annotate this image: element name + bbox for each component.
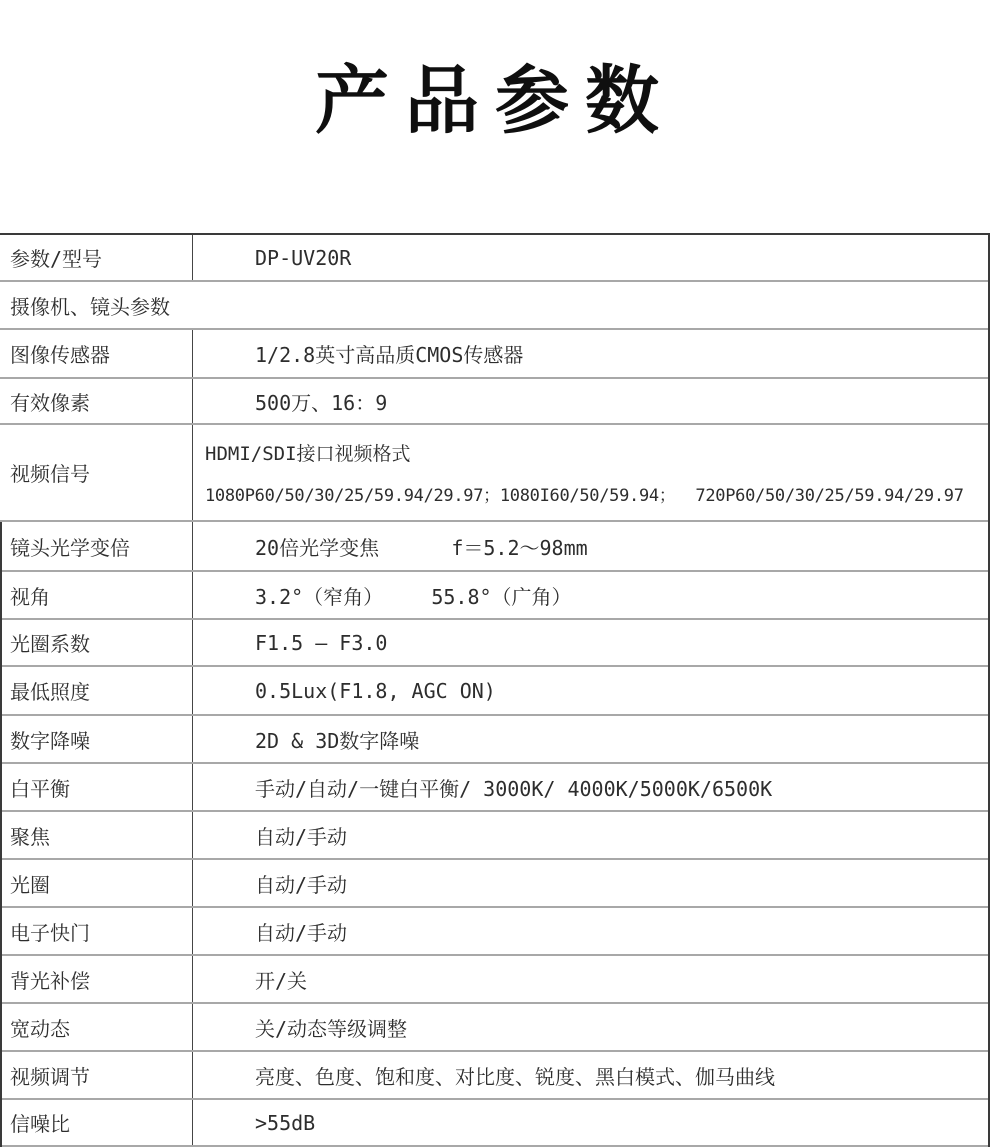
section-header: 摄像机、镜头参数	[0, 282, 988, 328]
table-row-focus: 聚焦 自动/手动	[0, 812, 988, 860]
spec-label: 聚焦	[0, 812, 193, 858]
table-row-wdr: 宽动态 关/动态等级调整	[0, 1004, 988, 1052]
spec-value: 开/关	[193, 956, 988, 1002]
table-row-shutter: 电子快门 自动/手动	[0, 908, 988, 956]
table-row-aperture-f: 光圈系数 F1.5 – F3.0	[0, 620, 988, 667]
spec-label: 电子快门	[0, 908, 193, 954]
table-row-sensor: 图像传感器 1/2.8英寸高品质CMOS传感器	[0, 330, 988, 379]
spec-value: HDMI/SDI接口视频格式 1080P60/50/30/25/59.94/29…	[193, 425, 988, 520]
table-row-backlight: 背光补偿 开/关	[0, 956, 988, 1004]
spec-label: 有效像素	[0, 379, 193, 423]
spec-label: 视角	[0, 572, 193, 618]
spec-value: 3.2°（窄角） 55.8°（广角）	[193, 572, 988, 618]
spec-label: 光圈系数	[0, 620, 193, 665]
spec-table: 参数/型号 DP-UV20R 摄像机、镜头参数 图像传感器 1/2.8英寸高品质…	[0, 233, 990, 1147]
spec-value: 亮度、色度、饱和度、对比度、锐度、黑白模式、伽马曲线	[193, 1052, 988, 1098]
table-row-view-angle: 视角 3.2°（窄角） 55.8°（广角）	[0, 572, 988, 620]
spec-label: 最低照度	[0, 667, 193, 714]
spec-label: 数字降噪	[0, 716, 193, 762]
table-row-iris: 光圈 自动/手动	[0, 860, 988, 908]
spec-value: 500万、16：9	[193, 379, 988, 423]
video-format-line1: HDMI/SDI接口视频格式	[205, 439, 411, 466]
table-row-video-adjust: 视频调节 亮度、色度、饱和度、对比度、锐度、黑白模式、伽马曲线	[0, 1052, 988, 1100]
video-format-line2: 1080P60/50/30/25/59.94/29.97；1080I60/50/…	[205, 481, 964, 506]
table-left-border	[0, 522, 2, 1147]
spec-value: >55dB	[193, 1100, 988, 1145]
spec-label: 背光补偿	[0, 956, 193, 1002]
spec-value: 自动/手动	[193, 908, 988, 954]
spec-label: 图像传感器	[0, 330, 193, 377]
spec-label: 视频调节	[0, 1052, 193, 1098]
spec-label: 参数/型号	[0, 235, 193, 280]
spec-value: 关/动态等级调整	[193, 1004, 988, 1050]
spec-value: 2D & 3D数字降噪	[193, 716, 988, 762]
table-row-pixels: 有效像素 500万、16：9	[0, 379, 988, 425]
spec-value: 自动/手动	[193, 860, 988, 906]
spec-value: 0.5Lux(F1.8, AGC ON)	[193, 667, 988, 714]
spec-label: 信噪比	[0, 1100, 193, 1145]
spec-label: 白平衡	[0, 764, 193, 810]
spec-value: 手动/自动/一键白平衡/ 3000K/ 4000K/5000K/6500K	[193, 764, 988, 810]
spec-value: 自动/手动	[193, 812, 988, 858]
spec-label: 光圈	[0, 860, 193, 906]
table-row-snr: 信噪比 >55dB	[0, 1100, 988, 1147]
table-row-zoom: 镜头光学变倍 20倍光学变焦 f＝5.2～98mm	[0, 522, 988, 572]
spec-value: F1.5 – F3.0	[193, 620, 988, 665]
spec-label: 宽动态	[0, 1004, 193, 1050]
table-row-noise-reduction: 数字降噪 2D & 3D数字降噪	[0, 716, 988, 764]
table-row-white-balance: 白平衡 手动/自动/一键白平衡/ 3000K/ 4000K/5000K/6500…	[0, 764, 988, 812]
spec-label: 视频信号	[0, 425, 193, 520]
table-section-row: 摄像机、镜头参数	[0, 282, 988, 330]
spec-value: 20倍光学变焦 f＝5.2～98mm	[193, 522, 988, 570]
page-title: 产品参数	[0, 55, 990, 148]
table-row-model: 参数/型号 DP-UV20R	[0, 235, 988, 282]
spec-value: 1/2.8英寸高品质CMOS传感器	[193, 330, 988, 377]
table-row-min-illumination: 最低照度 0.5Lux(F1.8, AGC ON)	[0, 667, 988, 716]
table-row-video-signal: 视频信号 HDMI/SDI接口视频格式 1080P60/50/30/25/59.…	[0, 425, 988, 522]
spec-label: 镜头光学变倍	[0, 522, 193, 570]
spec-value: DP-UV20R	[193, 235, 988, 280]
